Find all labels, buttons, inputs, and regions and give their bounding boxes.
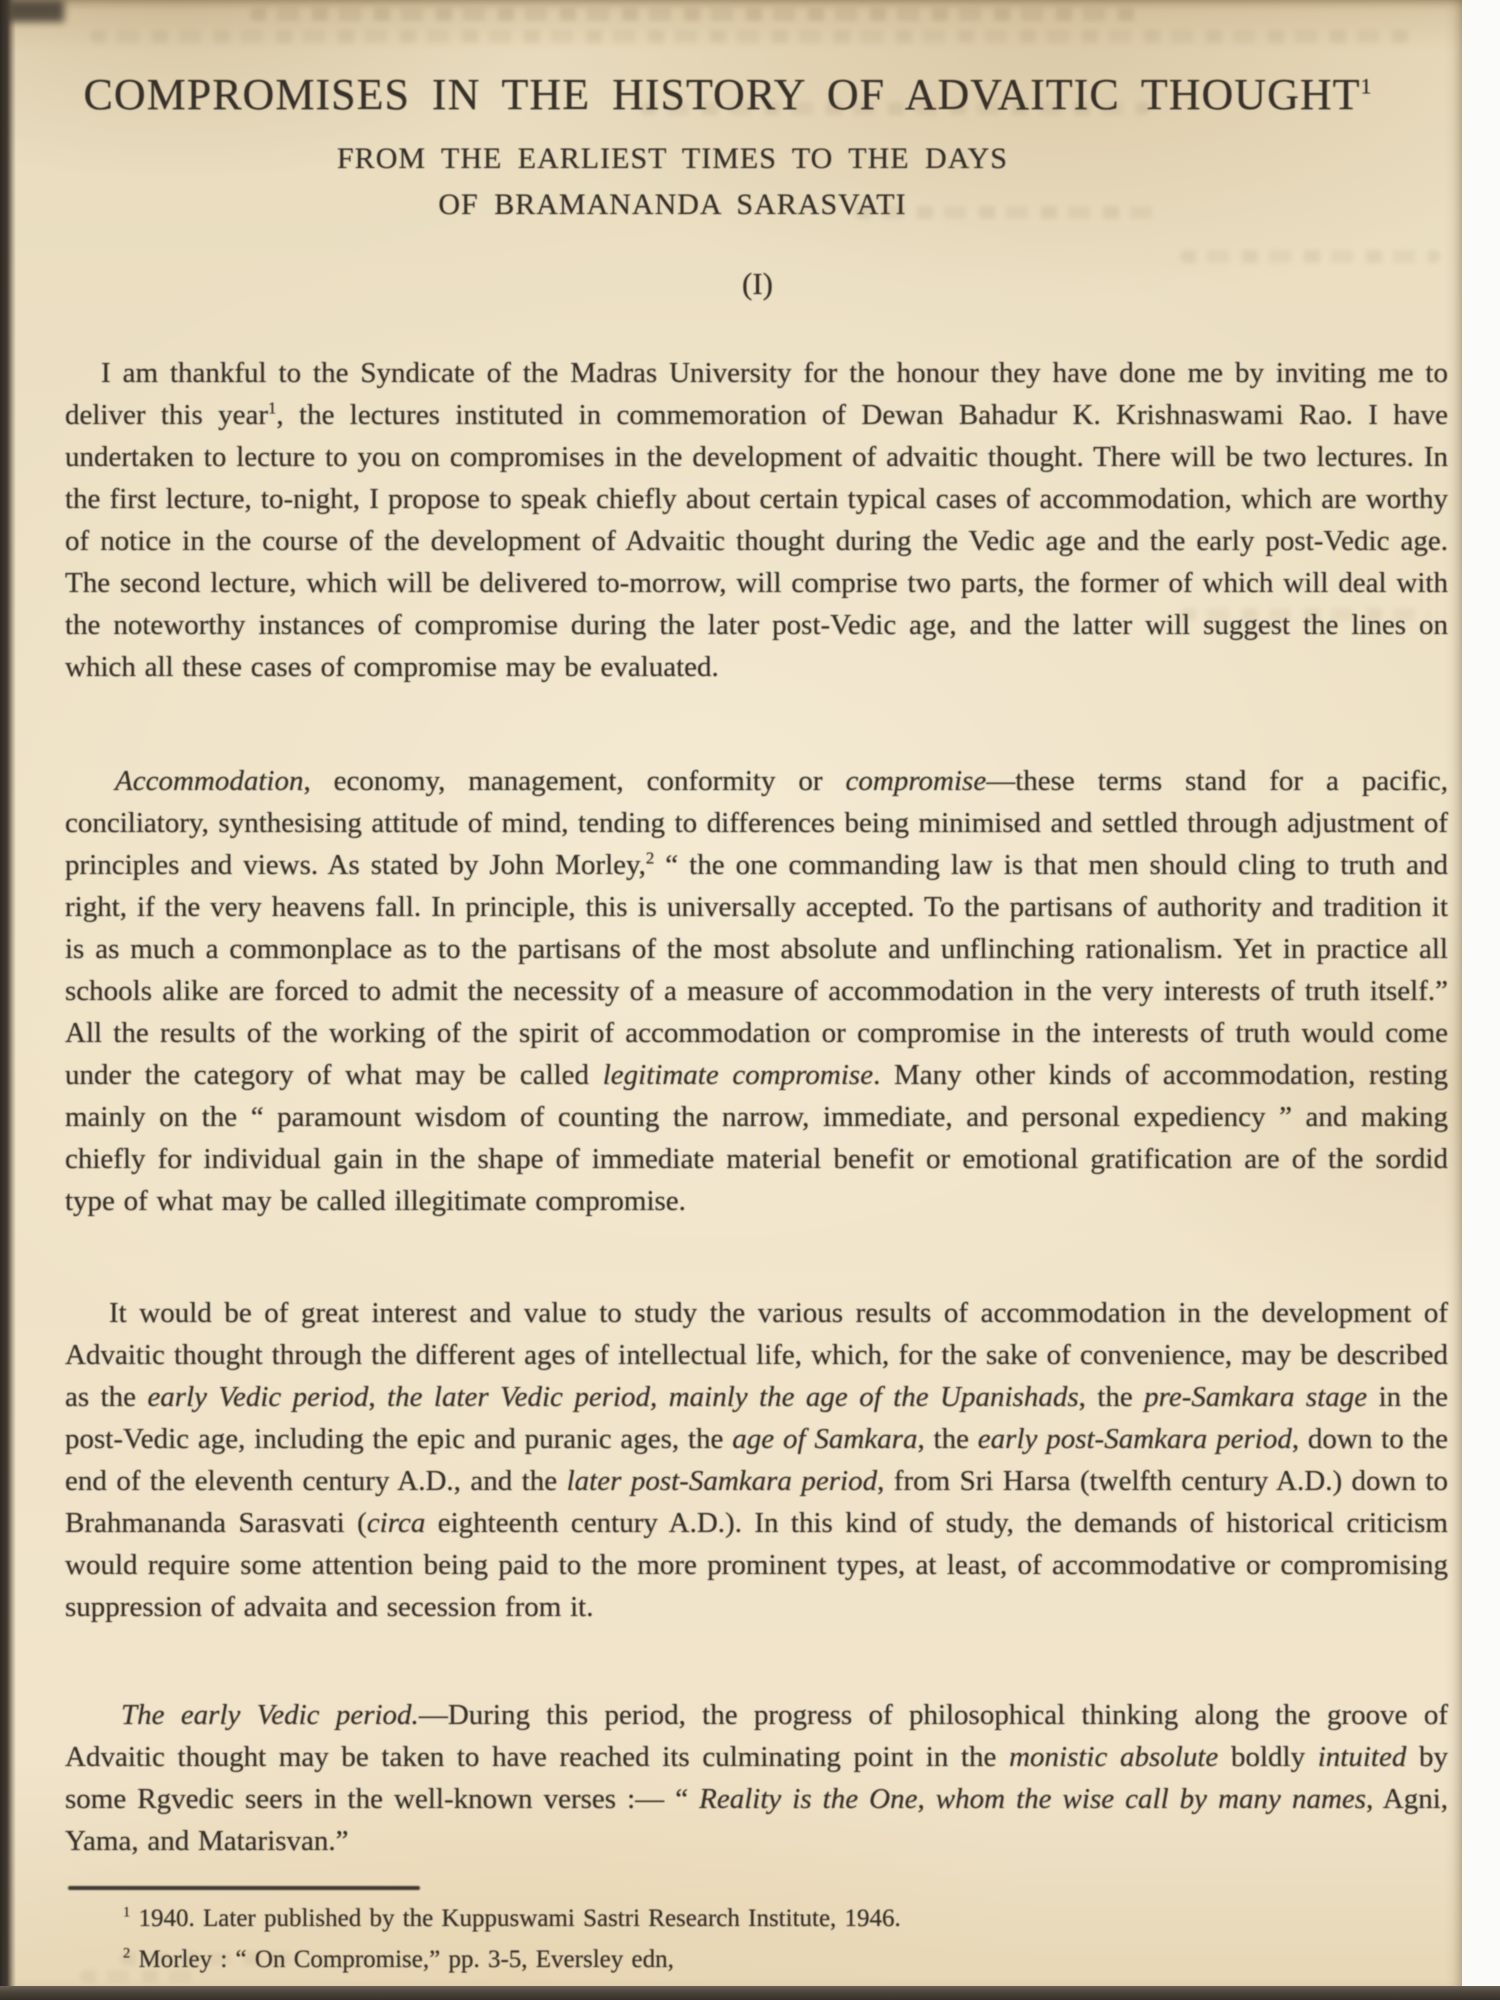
page-paper: COMPROMISES IN THE HISTORY OF ADVAITIC T…: [0, 0, 1462, 1988]
footnote-2: 2 Morley : “ On Compromise,” pp. 3-5, Ev…: [65, 1939, 1445, 1980]
footnote-rule: [68, 1886, 420, 1890]
scanned-page: COMPROMISES IN THE HISTORY OF ADVAITIC T…: [0, 0, 1500, 2000]
title-footnote-marker: 1: [1361, 74, 1373, 99]
paragraph-4: The early Vedic period.—During this peri…: [65, 1694, 1448, 1862]
page-title-text: COMPROMISES IN THE HISTORY OF ADVAITIC T…: [83, 70, 1360, 119]
page-subtitle: FROM THE EARLIEST TIMES TO THE DAYS OF B…: [0, 136, 1345, 228]
scan-margin-right: [1462, 0, 1500, 2000]
footnotes: 1 1940. Later published by the Kuppuswam…: [65, 1898, 1445, 1980]
footnote-1: 1 1940. Later published by the Kuppuswam…: [65, 1898, 1445, 1939]
paragraph-2: Accommodation, economy, management, conf…: [65, 760, 1448, 1222]
subtitle-line-2: OF BRAMANANDA SARASVATI: [0, 182, 1345, 228]
section-marker: (I): [65, 266, 1450, 302]
paragraph-3: It would be of great interest and value …: [65, 1292, 1448, 1628]
scan-edge-bottom: [0, 1986, 1500, 2000]
paragraph-1: I am thankful to the Syndicate of the Ma…: [65, 352, 1448, 688]
subtitle-line-1: FROM THE EARLIEST TIMES TO THE DAYS: [0, 136, 1345, 182]
page-title: COMPROMISES IN THE HISTORY OF ADVAITIC T…: [28, 69, 1428, 121]
